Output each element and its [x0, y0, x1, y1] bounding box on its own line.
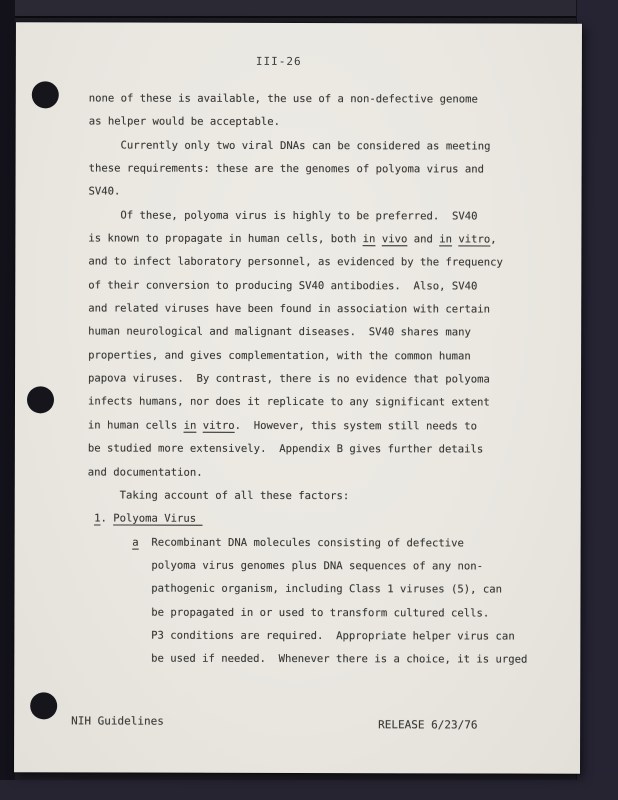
hole-punch-bottom — [30, 692, 57, 719]
background-bottom-band — [0, 780, 618, 800]
text-line: be propagated in or used to transform cu… — [87, 601, 527, 625]
text-line: pathogenic organism, including Class 1 v… — [87, 578, 527, 602]
text-line: SV40. — [89, 181, 529, 205]
hole-punch-top — [32, 81, 59, 108]
background-left-band — [0, 0, 15, 800]
text-line: a Recombinant DNA molecules consisting o… — [88, 531, 528, 555]
footer-document-title: NIH Guidelines — [71, 714, 164, 727]
page-number: III-26 — [256, 55, 302, 68]
text-line: these requirements: these are the genome… — [89, 157, 529, 181]
text-line: none of these is available, the use of a… — [89, 87, 529, 111]
text-line: properties, and gives complementation, w… — [88, 344, 528, 368]
background-right-band — [576, 0, 618, 800]
text-line: as helper would be acceptable. — [89, 111, 529, 135]
hole-punch-middle — [27, 386, 54, 413]
text-line: P3 conditions are required. Appropriate … — [87, 624, 527, 648]
text-line: and related viruses have been found in a… — [88, 298, 528, 322]
text-line: polyoma virus genomes plus DNA sequences… — [88, 554, 528, 578]
text-line: papova viruses. By contrast, there is no… — [88, 368, 528, 392]
text-line: Of these, polyoma virus is highly to be … — [88, 204, 528, 228]
text-line: Currently only two viral DNAs can be con… — [89, 134, 529, 158]
document-body: none of these is available, the use of a… — [87, 87, 529, 672]
text-line: and to infect laboratory personnel, as e… — [88, 251, 528, 275]
background-top-band — [0, 0, 618, 18]
text-line: human neurological and malignant disease… — [88, 321, 528, 345]
text-line: in human cells in vitro. However, this s… — [88, 414, 528, 438]
text-line: Taking account of all these factors: — [88, 484, 528, 508]
text-line: be used if needed. Whenever there is a c… — [87, 648, 527, 672]
text-line: 1. Polyoma Virus — [88, 508, 528, 532]
footer-release-date: RELEASE 6/23/76 — [378, 718, 477, 731]
document-page: III-26 none of these is available, the u… — [14, 22, 582, 773]
text-line: of their conversion to producing SV40 an… — [88, 274, 528, 298]
text-line: be studied more extensively. Appendix B … — [88, 438, 528, 462]
text-line: infects humans, nor does it replicate to… — [88, 391, 528, 415]
text-line: is known to propagate in human cells, bo… — [88, 228, 528, 252]
text-line: and documentation. — [88, 461, 528, 485]
